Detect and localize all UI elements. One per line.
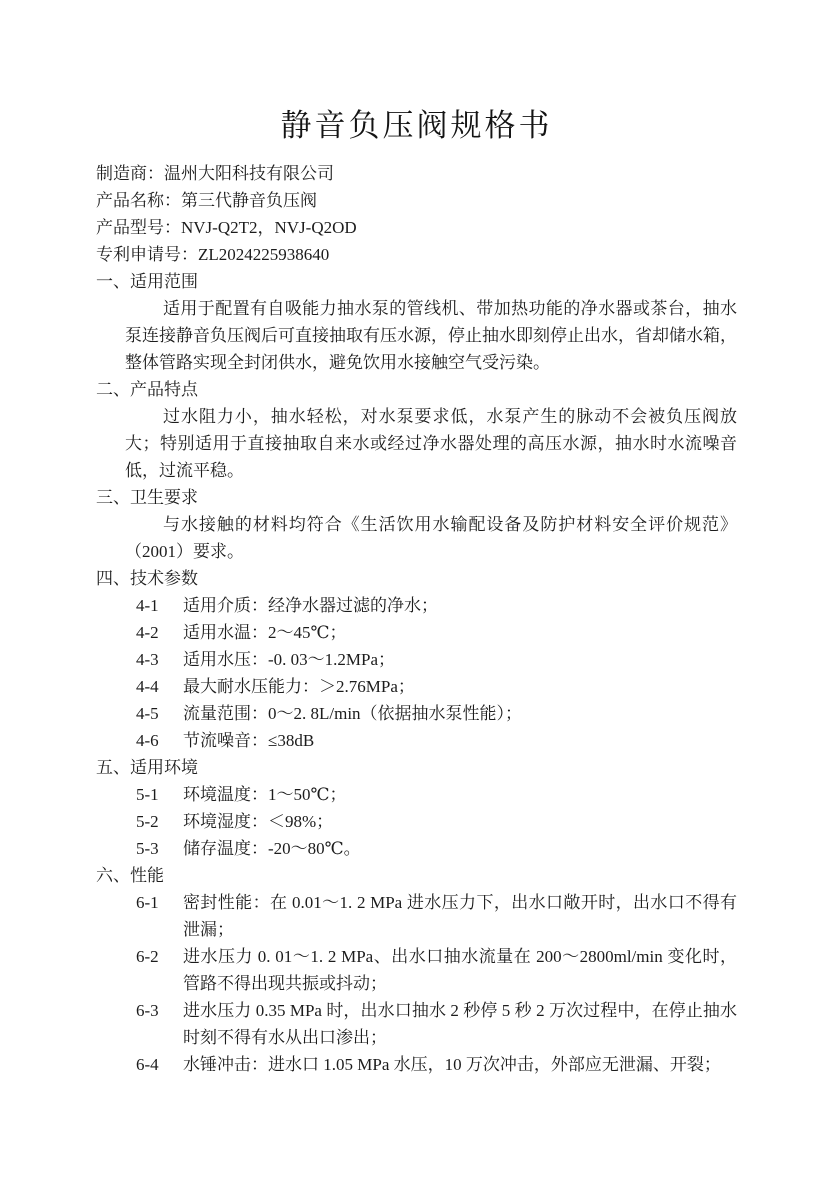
section-heading-features: 二、产品特点 <box>96 376 737 403</box>
spec-item-5-3: 5-3 储存温度：-20～80℃。 <box>136 835 737 862</box>
spec-item-text: 进水压力 0. 01～1. 2 MPa、出水口抽水流量在 200～2800ml/… <box>183 943 737 997</box>
spec-item-5-2: 5-2 环境湿度：＜98%； <box>136 808 737 835</box>
spec-item-4-6: 4-6 节流噪音：≤38dB <box>136 727 737 754</box>
spec-item-4-5: 4-5 流量范围：0～2. 8L/min（依据抽水泵性能）； <box>136 700 737 727</box>
meta-manufacturer: 制造商：温州大阳科技有限公司 <box>96 160 737 187</box>
spec-item-text: 储存温度：-20～80℃。 <box>183 835 737 862</box>
document-page: 静音负压阀规格书 制造商：温州大阳科技有限公司 产品名称：第三代静音负压阀 产品… <box>0 0 832 1182</box>
spec-item-number: 4-2 <box>136 619 183 646</box>
spec-item-number: 5-1 <box>136 781 183 808</box>
spec-item-text: 适用水温：2～45℃； <box>183 619 737 646</box>
spec-item-number: 4-3 <box>136 646 183 673</box>
spec-item-number: 6-3 <box>136 997 183 1051</box>
spec-item-4-3: 4-3 适用水压：-0. 03～1.2MPa； <box>136 646 737 673</box>
spec-item-text: 环境温度：1～50℃； <box>183 781 737 808</box>
spec-item-number: 6-1 <box>136 889 183 943</box>
spec-item-text: 水锤冲击：进水口 1.05 MPa 水压，10 万次冲击，外部应无泄漏、开裂； <box>183 1051 737 1078</box>
spec-item-number: 6-2 <box>136 943 183 997</box>
spec-item-text: 环境湿度：＜98%； <box>183 808 737 835</box>
spec-item-5-1: 5-1 环境温度：1～50℃； <box>136 781 737 808</box>
spec-item-6-3: 6-3 进水压力 0.35 MPa 时，出水口抽水 2 秒停 5 秒 2 万次过… <box>136 997 737 1051</box>
spec-item-text: 密封性能：在 0.01～1. 2 MPa 进水压力下，出水口敞开时，出水口不得有… <box>183 889 737 943</box>
section-heading-hygiene: 三、卫生要求 <box>96 484 737 511</box>
spec-item-text: 进水压力 0.35 MPa 时，出水口抽水 2 秒停 5 秒 2 万次过程中，在… <box>183 997 737 1051</box>
section-paragraph-features: 过水阻力小，抽水轻松，对水泵要求低，水泵产生的脉动不会被负压阀放大；特别适用于直… <box>125 403 737 484</box>
section-heading-scope: 一、适用范围 <box>96 268 737 295</box>
meta-product-model: 产品型号：NVJ-Q2T2，NVJ-Q2OD <box>96 214 737 241</box>
section-paragraph-hygiene: 与水接触的材料均符合《生活饮用水输配设备及防护材料安全评价规范》（2001）要求… <box>125 511 737 565</box>
spec-item-number: 4-5 <box>136 700 183 727</box>
spec-item-text: 节流噪音：≤38dB <box>183 727 737 754</box>
spec-item-text: 流量范围：0～2. 8L/min（依据抽水泵性能）； <box>183 700 737 727</box>
spec-item-4-4: 4-4 最大耐水压能力：＞2.76MPa； <box>136 673 737 700</box>
spec-item-number: 4-6 <box>136 727 183 754</box>
spec-item-number: 4-4 <box>136 673 183 700</box>
section-heading-performance: 六、性能 <box>96 862 737 889</box>
document-title: 静音负压阀规格书 <box>96 106 737 146</box>
spec-item-6-2: 6-2 进水压力 0. 01～1. 2 MPa、出水口抽水流量在 200～280… <box>136 943 737 997</box>
spec-item-4-2: 4-2 适用水温：2～45℃； <box>136 619 737 646</box>
spec-item-number: 5-2 <box>136 808 183 835</box>
spec-item-number: 6-4 <box>136 1051 183 1078</box>
spec-item-4-1: 4-1 适用介质：经净水器过滤的净水； <box>136 592 737 619</box>
spec-item-text: 适用水压：-0. 03～1.2MPa； <box>183 646 737 673</box>
spec-item-number: 4-1 <box>136 592 183 619</box>
section-paragraph-scope: 适用于配置有自吸能力抽水泵的管线机、带加热功能的净水器或茶台，抽水泵连接静音负压… <box>125 295 737 376</box>
spec-item-text: 适用介质：经净水器过滤的净水； <box>183 592 737 619</box>
section-heading-technical-parameters: 四、技术参数 <box>96 565 737 592</box>
meta-product-name: 产品名称：第三代静音负压阀 <box>96 187 737 214</box>
spec-item-6-1: 6-1 密封性能：在 0.01～1. 2 MPa 进水压力下，出水口敞开时，出水… <box>136 889 737 943</box>
meta-patent-number: 专利申请号：ZL2024225938640 <box>96 241 737 268</box>
spec-item-number: 5-3 <box>136 835 183 862</box>
spec-item-6-4: 6-4 水锤冲击：进水口 1.05 MPa 水压，10 万次冲击，外部应无泄漏、… <box>136 1051 737 1078</box>
section-heading-environment: 五、适用环境 <box>96 754 737 781</box>
spec-item-text: 最大耐水压能力：＞2.76MPa； <box>183 673 737 700</box>
